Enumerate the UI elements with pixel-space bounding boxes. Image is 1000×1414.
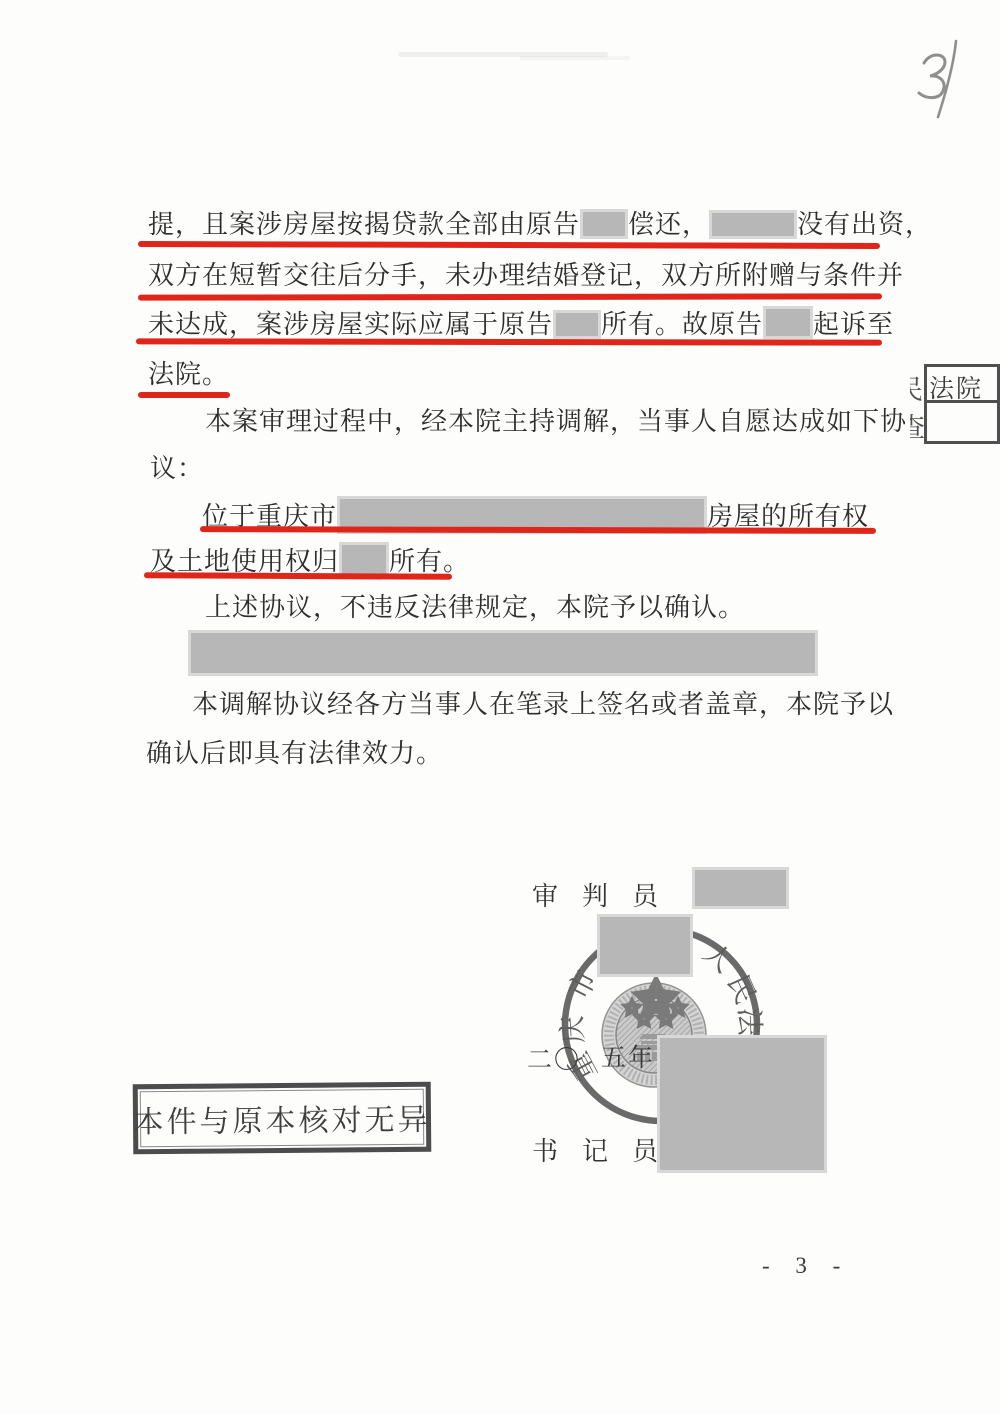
judge-label: 审判员 [532,876,682,913]
edge-stamp-box: 法院 [924,364,1000,444]
text-segment: 起诉至 [813,310,894,339]
red-underline [136,338,882,345]
text-segment: 提，且案涉房屋按揭贷款全部由原告 [148,210,580,239]
redaction-box-judge-name [692,867,789,909]
svg-text:人: 人 [697,937,739,980]
body-line: 议： [150,452,204,486]
body-line: 双方在短暂交往后分手，未办理结婚登记，双方所附赠与条件并 [148,259,904,293]
body-line: 本调解协议经各方当事人在笔录上签名或者盖章，本院予以 [192,688,894,722]
edge-stamp-text: 法院 [929,369,983,405]
page-number: - 3 - [762,1253,850,1279]
verification-stamp-text: 本件与原本核对无异 [133,1095,430,1142]
body-line: 本案审理过程中，经本院主持调解，当事人自愿达成如下协 [205,405,907,439]
red-underline [138,293,882,300]
text-segment: 本调解协议经各方当事人在笔录上签名或者盖章，本院予以 [192,690,894,719]
redaction-box [709,210,797,239]
verification-stamp: 本件与原本核对无异 [133,1082,432,1155]
handwritten-page-mark [900,35,980,125]
edge-stamp-partial-bottom: 查 [910,406,926,440]
edge-stamp-partial-top: 民 [910,368,924,402]
document-page: 法院 民 查 提，且案涉房屋按揭贷款全部由原告偿还，没有出资， 双方在短暂交往后… [0,0,1000,1414]
text-segment: 所有。 [389,547,470,576]
redaction-box-clerk-name [657,1035,827,1173]
text-segment: 所有。故原告 [601,310,763,339]
date-suffix: 五年 [601,1038,655,1074]
text-segment: 偿还， [628,210,709,239]
text-segment: 上述协议，不违反法律规定，本院予以确认。 [205,593,745,622]
redaction-box [553,310,601,339]
text-segment: 确认后即具有法律效力。 [146,739,443,768]
body-line: 确认后即具有法律效力。 [146,737,443,771]
scan-smudge [520,56,630,60]
text-segment: 本案审理过程中，经本院主持调解，当事人自愿达成如下协 [205,407,907,436]
redaction-box-seal-top [597,914,693,977]
body-line: 上述协议，不违反法律规定，本院予以确认。 [205,591,745,625]
redaction-box [763,306,813,339]
svg-text:法: 法 [733,1007,766,1037]
body-line: 法院。 [148,358,229,392]
redaction-box [580,209,628,239]
body-line: 提，且案涉房屋按揭贷款全部由原告偿还，没有出资， [148,208,932,242]
date-prefix: 二〇 [527,1040,581,1076]
text-segment: 议： [150,454,204,483]
text-segment: 未达成，案涉房屋实际应属于原告 [148,310,553,339]
red-underline [138,241,880,249]
body-line: 未达成，案涉房屋实际应属于原告所有。故原告起诉至 [148,306,894,342]
red-underline [138,392,230,398]
text-segment: 双方在短暂交往后分手，未办理结婚登记，双方所附赠与条件并 [148,261,904,290]
text-segment: 没有出资， [797,210,932,239]
redaction-bar [188,630,818,676]
text-segment: 法院。 [148,360,229,389]
